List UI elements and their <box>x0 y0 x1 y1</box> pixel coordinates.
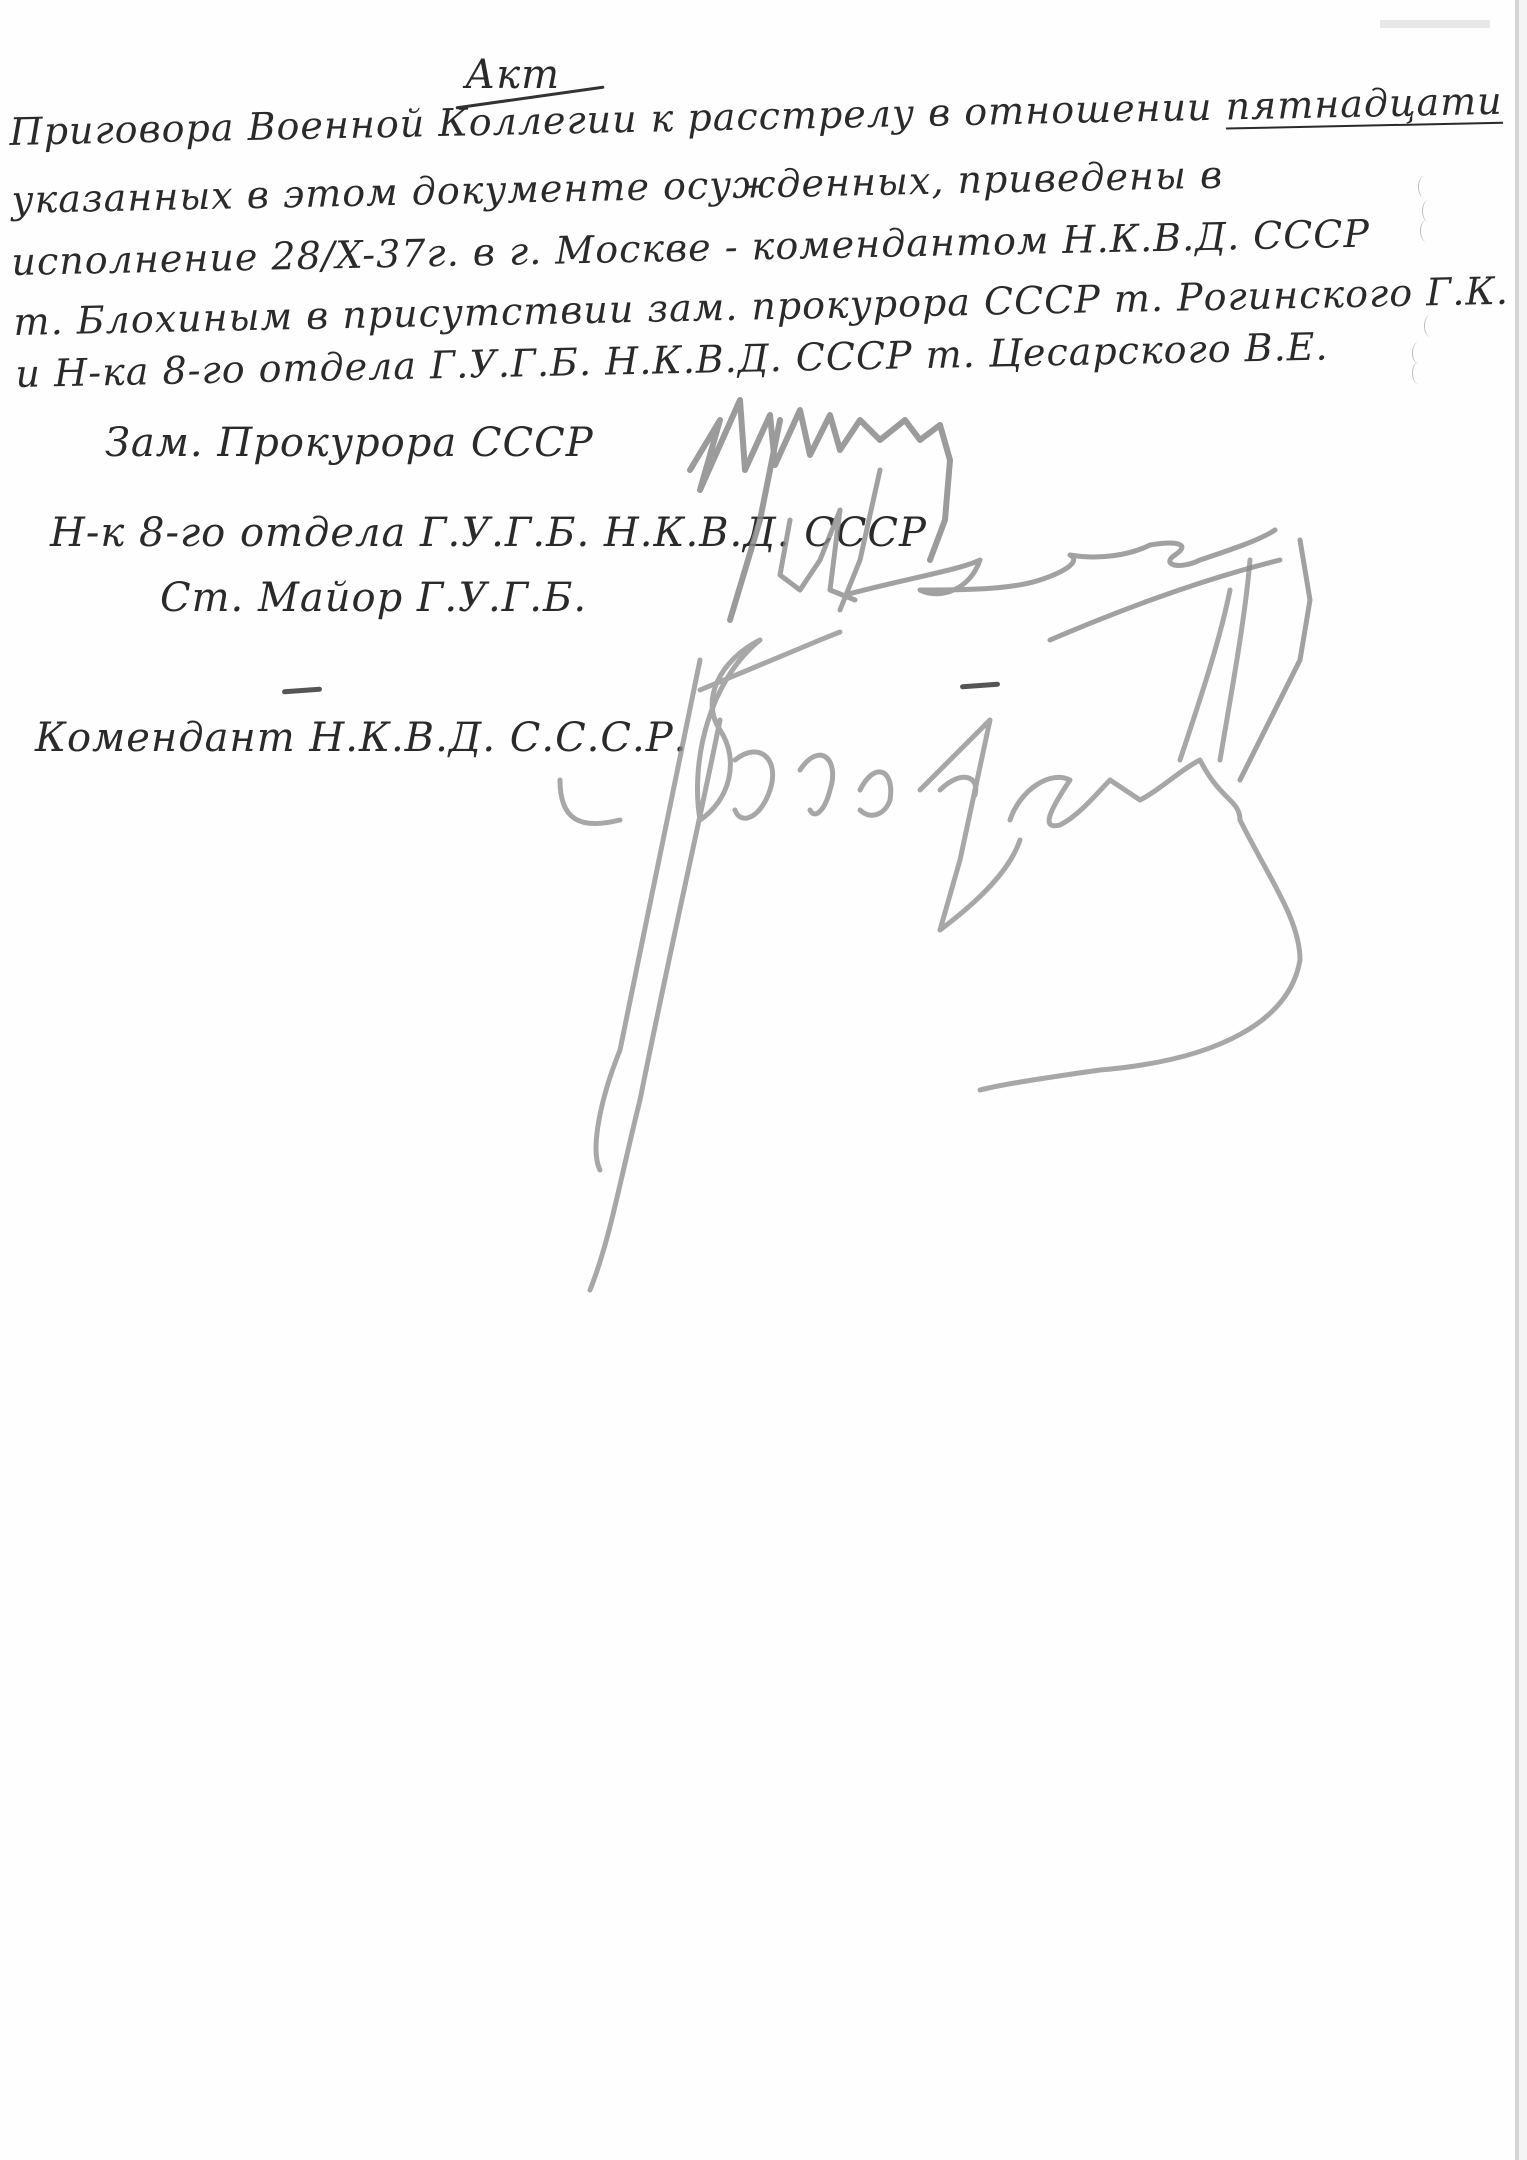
signature-label-department-head: Н-к 8-го отдела Г.У.Г.Б. Н.К.В.Д. СССР <box>50 510 927 556</box>
document-title: Акт <box>465 52 560 98</box>
margin-mark <box>1412 362 1425 384</box>
margin-mark <box>1418 176 1431 198</box>
signature-label-commandant: Комендант Н.К.В.Д. С.С.С.Р. <box>35 715 687 761</box>
margin-mark <box>1412 342 1425 364</box>
margin-mark <box>1420 220 1433 242</box>
underlined-count-word: пятнадцати <box>1225 79 1503 129</box>
margin-mark <box>1422 200 1435 222</box>
signature-label-senior-major: Ст. Майор Г.У.Г.Б. <box>160 575 587 621</box>
page-margin <box>1519 0 1527 2160</box>
signature-label-deputy-prosecutor: Зам. Прокурора СССР <box>105 420 594 466</box>
margin-mark <box>1424 315 1437 337</box>
scan-artifact <box>1380 20 1490 28</box>
